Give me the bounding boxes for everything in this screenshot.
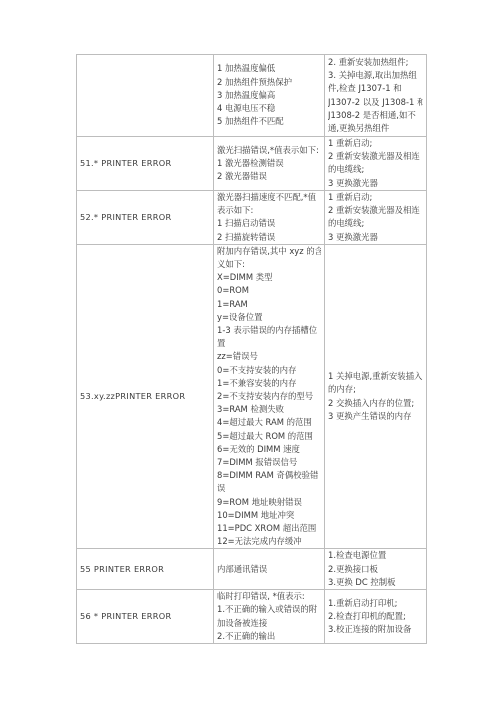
solution-line: 3.校正连接的附加设备 <box>328 623 423 636</box>
solution-line: 1.检查电源位置 <box>328 549 423 562</box>
cause-line: 1=RAM <box>217 298 321 311</box>
error-code-cell <box>77 55 214 137</box>
cause-line: 加设备被连接 <box>217 617 321 630</box>
solution-line: 1 重新启动; <box>328 137 423 150</box>
cause-line: 2 激光器错误 <box>217 170 321 183</box>
cause-line: 激光扫描错误,*值表示如下: <box>217 144 321 157</box>
solution-line: 3 更换激光器 <box>328 177 423 190</box>
solution-cell: 1.重新启动打印机;2.检查打印机的配置;3.校正连接的附加设备 <box>325 590 427 644</box>
error-code-cell: 56 * PRINTER ERROR <box>77 590 214 644</box>
error-code-cell: 52.* PRINTER ERROR <box>77 190 214 244</box>
cause-line: 2=不支持安装内存的型号 <box>217 390 321 403</box>
cause-cell: 内部通讯错误 <box>214 549 325 590</box>
solution-line: 3 更换产生错误的内存 <box>328 410 423 423</box>
solution-line: 的电缆线; <box>328 163 423 176</box>
cause-line: 1 加热温度偏低 <box>217 62 321 75</box>
cause-line: 5 加热组件不匹配 <box>217 115 321 128</box>
cause-line: 义如下: <box>217 258 321 271</box>
cause-line: 0=ROM <box>217 284 321 297</box>
solution-line: 的内存; <box>328 383 423 396</box>
error-code-cell: 51.* PRINTER ERROR <box>77 137 214 191</box>
table-row: 51.* PRINTER ERROR激光扫描错误,*值表示如下:1 激光器检测错… <box>77 137 427 191</box>
cause-line: 5=超过最大 ROM 的范围 <box>217 430 321 443</box>
solution-line: 3 更换激光器 <box>328 231 423 244</box>
cause-cell: 临时打印错误, *值表示:1.不正确的输入或错误的附加设备被连接2.不正确的输出 <box>214 590 325 644</box>
cause-cell: 1 加热温度偏低2 加热组件预热保护3 加热温度偏高4 电源电压不稳5 加热组件… <box>214 55 325 137</box>
solution-line: J1307-2 以及 J1308-1 和 <box>328 96 423 109</box>
error-code: 56 * PRINTER ERROR <box>80 610 210 623</box>
solution-line: 2.更换接口板 <box>328 563 423 576</box>
cause-line: 置 <box>217 337 321 350</box>
cause-line: 8=DIMM RAM 奇偶校验错 <box>217 469 321 482</box>
error-code: 51.* PRINTER ERROR <box>80 157 210 170</box>
cause-line: 2 加热组件预热保护 <box>217 76 321 89</box>
cause-line: 1=不兼容安装的内存 <box>217 377 321 390</box>
solution-line: 1.重新启动打印机; <box>328 597 423 610</box>
cause-line: 3 加热温度偏高 <box>217 89 321 102</box>
cause-line: 临时打印错误, *值表示: <box>217 590 321 603</box>
solution-line: 的电缆线; <box>328 217 423 230</box>
cause-line: 2 扫描旋转错误 <box>217 231 321 244</box>
solution-line: 2. 重新安装加热组件; <box>328 56 423 69</box>
solution-line: J1308-2 是否相通,如不 <box>328 109 423 122</box>
cause-line: 6=无效的 DIMM 速度 <box>217 443 321 456</box>
cause-line: 1 扫描启动错误 <box>217 217 321 230</box>
solution-line: 件,检查 J1307-1 和 <box>328 82 423 95</box>
cause-line: 1-3 表示错误的内存插槽位 <box>217 324 321 337</box>
cause-line: 10=DIMM 地址冲突 <box>217 509 321 522</box>
solution-cell: 1.检查电源位置2.更换接口板3.更换 DC 控制板 <box>325 549 427 590</box>
error-code-cell: 55 PRINTER ERROR <box>77 549 214 590</box>
error-code-cell: 53.xy.zzPRINTER ERROR <box>77 244 214 549</box>
solution-cell: 1 重新启动;2 重新安装激光器及相连的电缆线;3 更换激光器 <box>325 137 427 191</box>
cause-line: 激光器扫描速度不匹配,*值 <box>217 191 321 204</box>
table-row: 52.* PRINTER ERROR激光器扫描速度不匹配,*值表示如下:1 扫描… <box>77 190 427 244</box>
error-code: 53.xy.zzPRINTER ERROR <box>80 390 210 403</box>
cause-cell: 激光扫描错误,*值表示如下:1 激光器检测错误2 激光器错误 <box>214 137 325 191</box>
table-row: 55 PRINTER ERROR内部通讯错误1.检查电源位置2.更换接口板3.更… <box>77 549 427 590</box>
cause-cell: 激光器扫描速度不匹配,*值表示如下:1 扫描启动错误2 扫描旋转错误 <box>214 190 325 244</box>
solution-cell: 1 重新启动;2 重新安装激光器及相连的电缆线;3 更换激光器 <box>325 190 427 244</box>
cause-line: y=设备位置 <box>217 311 321 324</box>
cause-line: 内部通讯错误 <box>217 563 321 576</box>
solution-line: 2 交换插入内存的位置; <box>328 397 423 410</box>
cause-line: X=DIMM 类型 <box>217 271 321 284</box>
solution-line: 通,更换另热组件 <box>328 122 423 135</box>
solution-line: 1 关掉电源,重新安装插入 <box>328 370 423 383</box>
solution-line: 2 重新安装激光器及相连 <box>328 150 423 163</box>
cause-line: 11=PDC XROM 超出范围 <box>217 522 321 535</box>
solution-cell: 1 关掉电源,重新安装插入的内存;2 交换插入内存的位置;3 更换产生错误的内存 <box>325 244 427 549</box>
cause-line: 1 激光器检测错误 <box>217 157 321 170</box>
printer-error-table: 1 加热温度偏低2 加热组件预热保护3 加热温度偏高4 电源电压不稳5 加热组件… <box>76 54 427 644</box>
cause-line: 9=ROM 地址映射错误 <box>217 496 321 509</box>
cause-line: zz=错误号 <box>217 350 321 363</box>
solution-line: 1 重新启动; <box>328 191 423 204</box>
cause-line: 2.不正确的输出 <box>217 630 321 643</box>
cause-line: 7=DIMM 报错误信号 <box>217 456 321 469</box>
table-row: 1 加热温度偏低2 加热组件预热保护3 加热温度偏高4 电源电压不稳5 加热组件… <box>77 55 427 137</box>
cause-cell: 附加内存错误,其中 xyz 的含义如下:X=DIMM 类型0=ROM1=RAMy… <box>214 244 325 549</box>
error-code: 52.* PRINTER ERROR <box>80 211 210 224</box>
cause-line: 12=无法完成内存缓冲 <box>217 535 321 548</box>
cause-line: 附加内存错误,其中 xyz 的含 <box>217 245 321 258</box>
cause-line: 0=不支持安装的内存 <box>217 364 321 377</box>
cause-line: 4 电源电压不稳 <box>217 102 321 115</box>
error-code: 55 PRINTER ERROR <box>80 563 210 576</box>
solution-cell: 2. 重新安装加热组件;3. 关掉电源,取出加热组件,检查 J1307-1 和J… <box>325 55 427 137</box>
solution-line: 2.检查打印机的配置; <box>328 610 423 623</box>
cause-line: 误 <box>217 482 321 495</box>
cause-line: 表示如下: <box>217 204 321 217</box>
cause-line: 3=RAM 检测失败 <box>217 403 321 416</box>
table-row: 56 * PRINTER ERROR临时打印错误, *值表示:1.不正确的输入或… <box>77 590 427 644</box>
cause-line: 1.不正确的输入或错误的附 <box>217 603 321 616</box>
cause-line: 4=超过最大 RAM 的范围 <box>217 416 321 429</box>
solution-line: 2 重新安装激光器及相连 <box>328 204 423 217</box>
table-row: 53.xy.zzPRINTER ERROR附加内存错误,其中 xyz 的含义如下… <box>77 244 427 549</box>
solution-line: 3. 关掉电源,取出加热组 <box>328 69 423 82</box>
solution-line: 3.更换 DC 控制板 <box>328 576 423 589</box>
